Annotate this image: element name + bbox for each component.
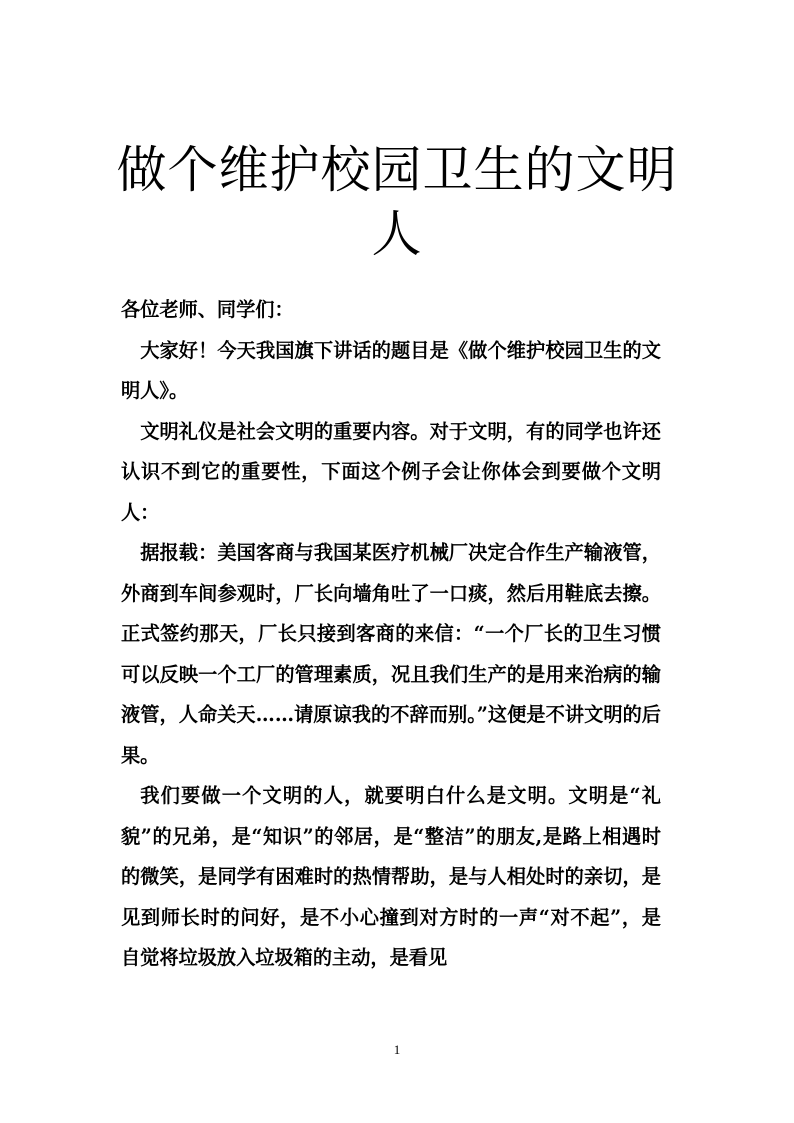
- salutation: 各位老师、同学们：: [121, 290, 661, 331]
- document-page: 做个维护校园卫生的文明人 各位老师、同学们： 大家好！今天我国旗下讲话的题目是《…: [0, 0, 794, 1123]
- page-number: 1: [0, 1042, 794, 1058]
- paragraph-definition: 我们要做一个文明的人，就要明白什么是文明。文明是“礼貌”的兄弟，是“知识”的邻居…: [121, 776, 661, 979]
- paragraph-example: 据报载：美国客商与我国某医疗机械厂决定合作生产输液管，外商到车间参观时，厂长向墙…: [121, 533, 661, 776]
- document-title: 做个维护校园卫生的文明人: [100, 138, 694, 266]
- paragraph-intro: 文明礼仪是社会文明的重要内容。对于文明，有的同学也许还认识不到它的重要性，下面这…: [121, 412, 661, 534]
- paragraph-greeting: 大家好！今天我国旗下讲话的题目是《做个维护校园卫生的文明人》。: [121, 331, 661, 412]
- document-body: 各位老师、同学们： 大家好！今天我国旗下讲话的题目是《做个维护校园卫生的文明人》…: [121, 290, 661, 979]
